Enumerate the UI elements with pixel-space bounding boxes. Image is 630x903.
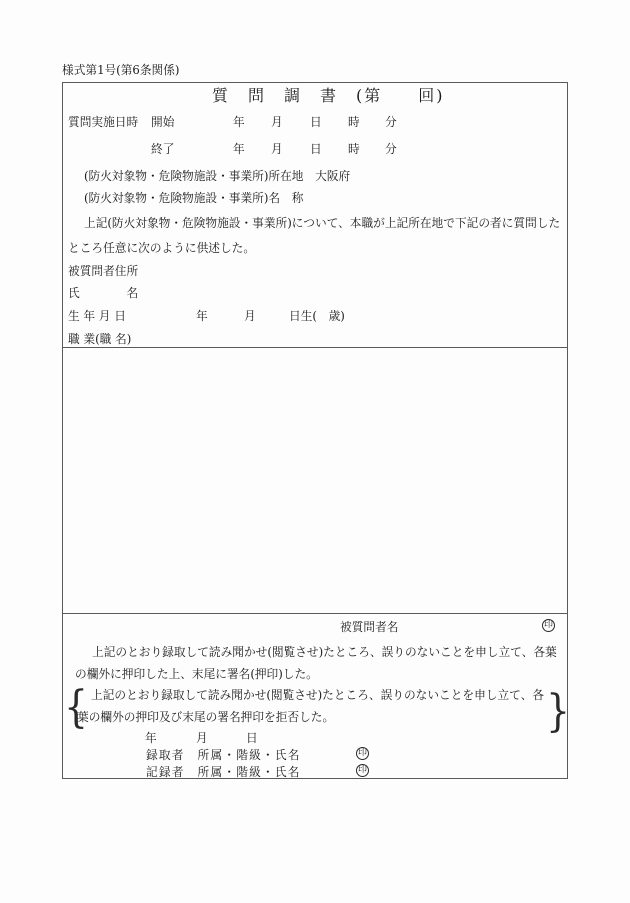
scribe-label: 記録者 所属・階級・氏名: [146, 765, 301, 779]
start-unit-year: 年: [233, 115, 245, 129]
respondent-address-label: 被質問者住所: [68, 264, 138, 278]
birthdate-label: 生 年 月 日: [68, 309, 126, 323]
start-unit-minute: 分: [385, 115, 397, 129]
document-page: 様式第1号(第6条関係) 質 問 調 書 (第 回) 質問実施日時 開始 年 月…: [0, 0, 630, 903]
facility-name-line: (防火対象物・危険物施設・事業所)名 称: [84, 191, 304, 205]
footer-date-day: 日: [246, 731, 258, 745]
birthdate-day-age: 日生( 歳): [289, 309, 345, 323]
form-title: 質 問 調 書 (第 回): [212, 86, 445, 105]
seal-icon: 印: [356, 747, 369, 760]
end-unit-minute: 分: [385, 142, 397, 156]
confirm-paragraph-line2: の欄外に押印した上、末尾に署名(押印)した。: [75, 667, 318, 681]
right-brace: }: [546, 687, 570, 736]
form-border: 質 問 調 書 (第 回) 質問実施日時 開始 年 月 日 時 分 終了 年 月…: [62, 82, 568, 779]
birthdate-year: 年: [196, 309, 208, 323]
recorder-label: 録取者 所属・階級・氏名: [146, 748, 301, 762]
start-unit-hour: 時: [348, 115, 360, 129]
occupation-label: 職 業(職 名): [68, 332, 131, 346]
refusal-paragraph-line2: 葉の欄外の押印及び末尾の署名押印を拒否した。: [77, 710, 334, 724]
end-unit-hour: 時: [348, 142, 360, 156]
datetime-label: 質問実施日時: [68, 115, 138, 129]
refusal-paragraph-line1: 上記のとおり録取して読み聞かせ(閲覧させ)たところ、誤りのないことを申し立て、各: [91, 688, 544, 702]
seal-icon: 印: [542, 619, 555, 632]
start-unit-month: 月: [271, 115, 283, 129]
start-unit-day: 日: [310, 115, 322, 129]
divider-bottom-of-statement: [63, 613, 567, 614]
footer-date-month: 月: [196, 731, 208, 745]
statement-area: [63, 348, 567, 613]
form-number: 様式第1号(第6条関係): [62, 62, 180, 78]
seal-icon: 印: [356, 764, 369, 777]
datetime-start-label: 開始: [151, 115, 174, 129]
end-unit-month: 月: [271, 142, 283, 156]
left-brace: {: [64, 683, 88, 732]
facility-location-line: (防火対象物・危険物施設・事業所)所在地 大阪府: [84, 169, 350, 183]
birthdate-month: 月: [244, 309, 256, 323]
statement-intro-line1: 上記(防火対象物・危険物施設・事業所)について、本職が上記所在地で下記の者に質問…: [84, 216, 560, 230]
footer-date-year: 年: [145, 731, 157, 745]
footer-respondent-name-label: 被質問者名: [340, 620, 398, 634]
statement-intro-line2: ところ任意に次のように供述した。: [68, 241, 255, 255]
confirm-paragraph-line1: 上記のとおり録取して読み聞かせ(閲覧させ)たところ、誤りのないことを申し立て、各…: [92, 645, 557, 659]
end-unit-year: 年: [233, 142, 245, 156]
datetime-end-label: 終了: [151, 142, 174, 156]
respondent-name-label: 氏 名: [68, 286, 138, 300]
end-unit-day: 日: [310, 142, 322, 156]
